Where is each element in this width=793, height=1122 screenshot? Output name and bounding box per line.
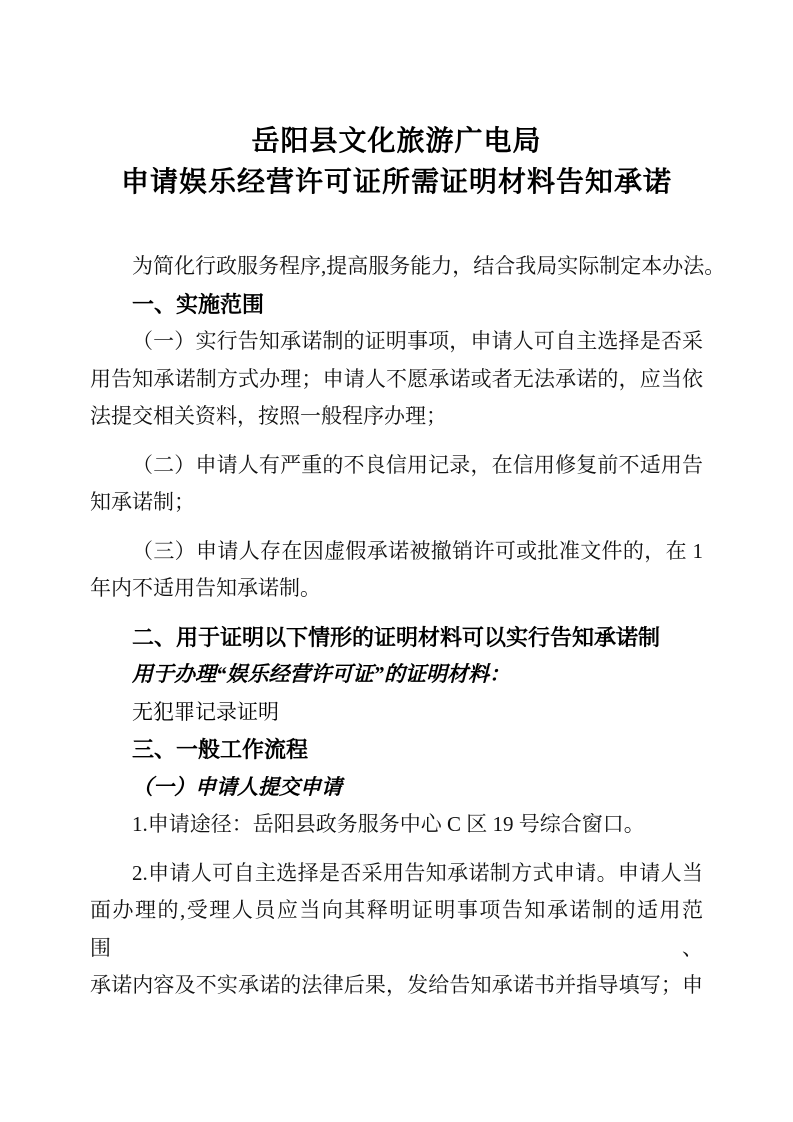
intro-paragraph-line: 为简化行政服务程序,提高服务能力，结合我局实际制定本办法。 [90, 248, 703, 286]
document-content: 岳阳县文化旅游广电局 申请娱乐经营许可证所需证明材料告知承诺 为简化行政服务程序… [90, 0, 703, 1005]
s1-clause-1-line-3: 法提交相关资料，按照一般程序办理； [90, 398, 703, 436]
s1-clause-1-line-2: 用告知承诺制方式办理；申请人不愿承诺或者无法承诺的，应当依 [90, 361, 703, 399]
certificate-note-line: 用于办理“娱乐经营许可证”的证明材料： [90, 656, 703, 694]
document-title-line1: 岳阳县文化旅游广电局 [90, 120, 703, 161]
step-2-line-3: 承诺内容及不实承诺的法律后果，发给告知承诺书并指导填写；申 [90, 967, 703, 1005]
s1-clause-1-line-1: （一）实行告知承诺制的证明事项，申请人可自主选择是否采 [90, 323, 703, 361]
step-1-channel-line: 1.申请途径：岳阳县政务服务中心 C 区 19 号综合窗口。 [90, 806, 703, 844]
material-item-line: 无犯罪记录证明 [90, 694, 703, 732]
section-2-heading: 二、用于证明以下情形的证明材料可以实行告知承诺制 [90, 619, 703, 657]
s1-clause-3-line-2: 年内不适用告知承诺制。 [90, 570, 703, 608]
s1-clause-3-line-1: （三）申请人存在因虚假承诺被撤销许可或批准文件的，在 1 [90, 533, 703, 571]
document-body: 为简化行政服务程序,提高服务能力，结合我局实际制定本办法。 一、实施范围 （一）… [90, 248, 703, 1005]
document-page: 岳阳县文化旅游广电局 申请娱乐经营许可证所需证明材料告知承诺 为简化行政服务程序… [0, 0, 793, 1122]
document-title-line2: 申请娱乐经营许可证所需证明材料告知承诺 [90, 161, 703, 202]
s1-clause-2-line-1: （二）申请人有严重的不良信用记录，在信用修复前不适用告 [90, 447, 703, 485]
section-3-heading: 三、一般工作流程 [90, 731, 703, 769]
step-2-line-1: 2.申请人可自主选择是否采用告知承诺制方式申请。申请人当 [90, 855, 703, 893]
step-1-heading: （一）申请人提交申请 [90, 769, 703, 807]
document-title: 岳阳县文化旅游广电局 申请娱乐经营许可证所需证明材料告知承诺 [90, 120, 703, 202]
section-1-heading: 一、实施范围 [90, 286, 703, 324]
step-2-line-2: 面办理的,受理人员应当向其释明证明事项告知承诺制的适用范围、 [90, 892, 703, 967]
s1-clause-2-line-2: 知承诺制； [90, 484, 703, 522]
